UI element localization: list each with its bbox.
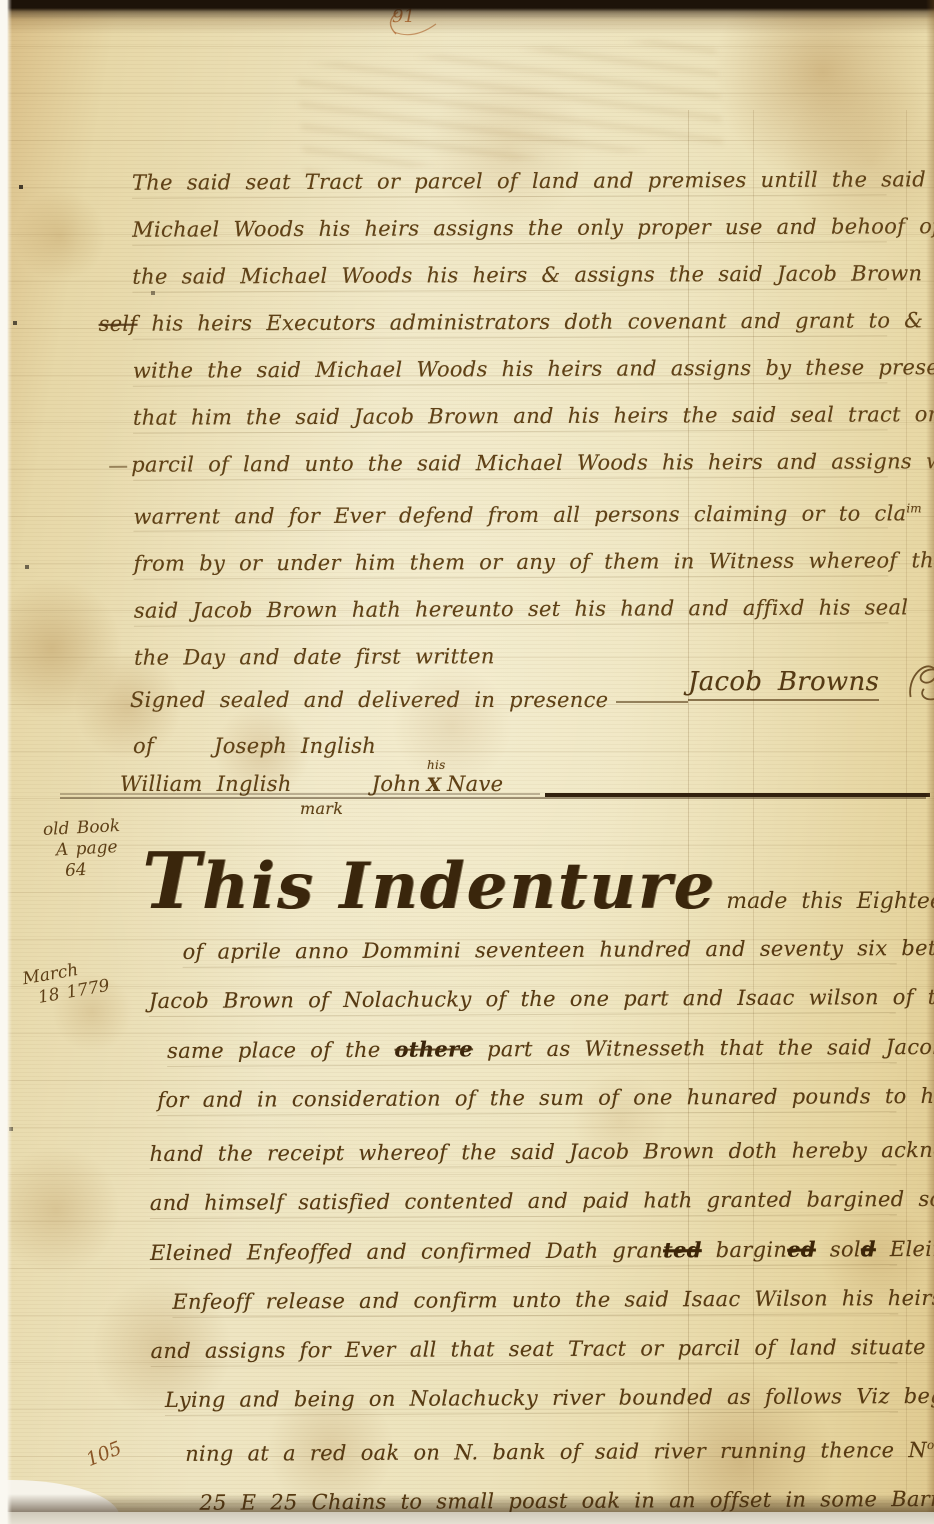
manuscript-line: and himself satisfied contented and paid…	[150, 1175, 928, 1228]
manuscript-line: hand the receipt whereof the said Jacob …	[149, 1121, 927, 1179]
manuscript-line: the said Michael Woods his heirs & assig…	[132, 250, 918, 300]
heading-words: This Indenture	[142, 836, 716, 927]
manuscript-line: warrent and for Ever defend from all per…	[133, 485, 919, 540]
page-top-edge	[0, 0, 934, 34]
deed2-text-block: of aprile anno Dommini seventeen hundred…	[148, 924, 929, 1524]
manuscript-line: Michael Woods his heirs assigns the only…	[132, 203, 918, 253]
margin-note-old-book: old Book A page 64	[42, 816, 122, 883]
page-bottom-shadow	[0, 1494, 934, 1512]
manuscript-line: ning at a red oak on N. bank of said riv…	[185, 1421, 929, 1479]
ink-bleedthrough	[297, 35, 724, 174]
page-bottom-edge	[0, 1512, 934, 1524]
manuscript-line: same place of the othere part as Witness…	[167, 1022, 927, 1076]
page-left-edge	[0, 0, 12, 1524]
indenture-heading: This Indenture made this Eighteenth day	[142, 836, 934, 927]
margin-note-number: 105	[83, 1438, 124, 1471]
witness-name: Joseph Inglish	[214, 734, 376, 758]
manuscript-line: Jacob Brown of Nolachucky of the one par…	[149, 973, 927, 1026]
hyphen-continuation-word: self	[99, 312, 138, 336]
corrected-word: othere	[394, 1036, 473, 1061]
mark-label: mark	[300, 799, 343, 818]
manuscript-line: The said seat Tract or parcel of land an…	[132, 156, 918, 206]
manuscript-line: and assigns for Ever all that seat Tract…	[151, 1323, 929, 1376]
struck-text: d	[861, 1236, 876, 1261]
divider-rule	[60, 797, 926, 799]
manuscript-line: parcil of land unto the said Michael Woo…	[133, 438, 919, 488]
page-right-edge	[926, 0, 934, 1524]
manuscript-line-with-strikeouts: Eleined Enfeoffed and confirmed Dath gra…	[150, 1224, 928, 1278]
witness-line-1: of Joseph Inglish	[133, 734, 376, 758]
heading-continuation: made this Eighteenth day	[726, 889, 934, 914]
scanned-deed-page: 91 The said seat Tract or parcel of land…	[0, 0, 934, 1524]
manuscript-line: Lying and being on Nolachucky river boun…	[165, 1372, 929, 1425]
deed1-text-block: The said seat Tract or parcel of land an…	[132, 156, 920, 681]
manuscript-line: from by or under him them or any of them…	[134, 537, 920, 587]
divider-rule-thick	[545, 793, 930, 797]
manuscript-line: said Jacob Brown hath hereunto set his h…	[134, 584, 920, 634]
manuscript-line: of aprile anno Dommini seventeen hundred…	[182, 924, 926, 977]
manuscript-line: Enfeoff release and confirm unto the sai…	[172, 1274, 928, 1327]
manuscript-line: withe the said Michael Woods his heirs a…	[133, 344, 919, 394]
witness-of: of	[133, 734, 154, 758]
struck-text: ted	[663, 1237, 702, 1262]
manuscript-line: self his heirs Executors administrators …	[132, 297, 918, 347]
signer-name: Jacob Browns	[688, 667, 879, 701]
manuscript-line: that him the said Jacob Brown and his he…	[133, 391, 919, 441]
divider-rule-thin	[60, 793, 540, 795]
struck-text: ed	[787, 1237, 816, 1262]
signature-jacob-brown: Jacob Browns	[688, 652, 934, 714]
attestation-line: Signed sealed and delivered in presence	[130, 688, 688, 712]
manuscript-line: for and in consideration of the sum of o…	[157, 1072, 927, 1125]
margin-note-date: March 18 1779	[21, 955, 111, 1011]
superscript: im	[906, 501, 921, 515]
